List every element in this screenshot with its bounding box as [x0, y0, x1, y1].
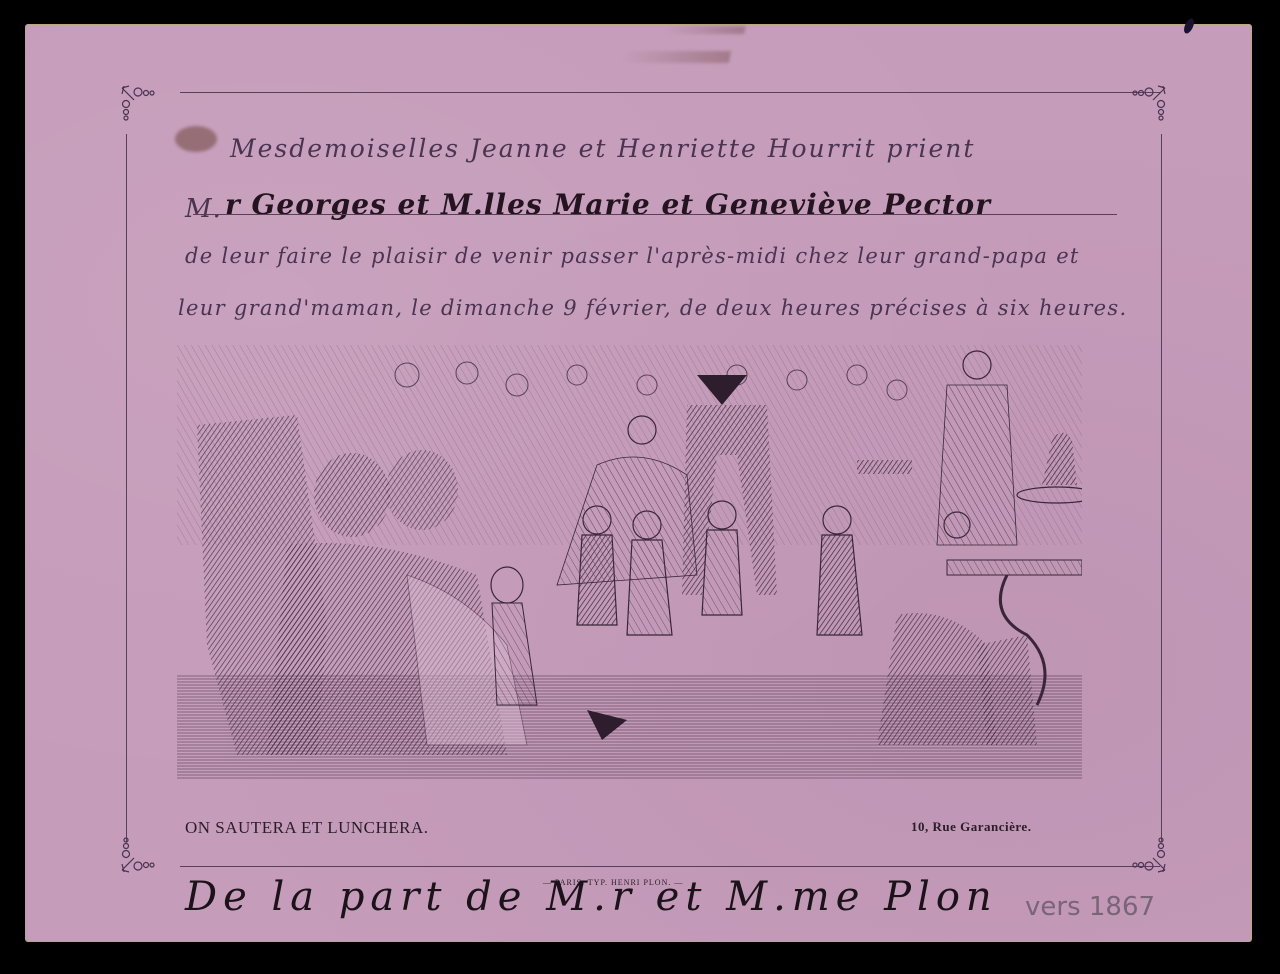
- frame-top: [180, 92, 1160, 93]
- frame-right: [1161, 134, 1162, 842]
- invitation-body-line-2: leur grand'maman, le dimanche 9 février,…: [178, 296, 1127, 320]
- paper-streak: [619, 51, 731, 63]
- ink-mark: [1182, 17, 1196, 35]
- frame-bottom: [180, 866, 1160, 867]
- handwritten-guest-names: r Georges et M.lles Marie et Geneviève P…: [225, 188, 991, 221]
- invitation-card: Mesdemoiselles Jeanne et Henriette Hourr…: [25, 24, 1252, 942]
- pencil-date-note: vers 1867: [1025, 892, 1155, 922]
- invitation-hosts-line: Mesdemoiselles Jeanne et Henriette Hourr…: [230, 134, 975, 163]
- guest-fill-line: [193, 214, 1117, 215]
- corner-flourish-icon: [120, 834, 160, 874]
- handwritten-sender: De la part de M.r et M.me Plon: [185, 874, 998, 920]
- paper-streak: [664, 26, 745, 34]
- invitation-salutation-prefix: M.: [185, 194, 222, 224]
- footer-dance-notice: ON SAUTERA ET LUNCHERA.: [185, 818, 429, 838]
- corner-flourish-icon: [1127, 84, 1167, 124]
- invitation-body-line-1: de leur faire le plaisir de venir passer…: [185, 244, 1080, 268]
- frame-left: [126, 134, 127, 842]
- engraving-illustration: [177, 345, 1082, 780]
- corner-flourish-icon: [120, 84, 160, 124]
- footer-address: 10, Rue Garancière.: [911, 819, 1031, 835]
- ink-stain: [175, 126, 217, 152]
- corner-flourish-icon: [1127, 834, 1167, 874]
